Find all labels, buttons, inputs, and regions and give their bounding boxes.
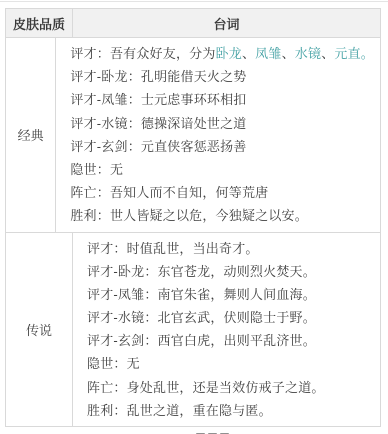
header-quotes: 台词 <box>73 9 380 37</box>
quote-line: 评才-卧龙：东官苍龙，动则烈火焚天。 <box>87 260 374 283</box>
quote-text: 评才-水镜：德操深谙处世之道 <box>70 116 246 131</box>
table-row: 经典 评才：吾有众好友，分为卧龙、凤雏、水镜、元直。评才-卧龙：孔明能借天火之势… <box>6 38 380 233</box>
quote-text: 、 <box>242 46 255 61</box>
table-header-row: 皮肤品质 台词 <box>6 9 380 38</box>
quote-line: 评才：时值乱世，当出奇才。 <box>87 237 374 260</box>
quote-text: 评才-卧龙：孔明能借天火之势 <box>70 69 246 84</box>
quote-text: 评才-卧龙：东官苍龙，动则烈火焚天。 <box>87 264 316 279</box>
hero-link[interactable]: 水镜 <box>295 46 321 61</box>
quote-line: 阵亡：身处乱世，还是当效仿戒子之道。 <box>87 376 374 399</box>
quote-line: 胜利：世人皆疑之以危，今独疑之以安。 <box>70 204 374 227</box>
header-skin-quality: 皮肤品质 <box>6 9 73 37</box>
quote-text: 评才-凤雏：士元虑事环环相扣 <box>70 92 246 107</box>
table-row: 传说 评才：时值乱世，当出奇才。评才-卧龙：东官苍龙，动则烈火焚天。评才-凤雏：… <box>6 233 380 427</box>
quote-text: 阵亡：身处乱世，还是当效仿戒子之道。 <box>87 380 325 395</box>
quote-text: 评才-水镜：北官玄武，伏则隐士于野。 <box>87 310 316 325</box>
quote-line: 评才-玄剑：元直侠客惩恶扬善 <box>70 135 374 158</box>
hero-link[interactable]: 。 <box>361 46 374 61</box>
quote-line: 隐世：无 <box>87 352 374 375</box>
quote-line: 评才-凤雏：士元虑事环环相扣 <box>70 88 374 111</box>
quote-text: 、 <box>282 46 295 61</box>
quote-line: 评才-凤雏：南官朱雀，舞则人间血海。 <box>87 283 374 306</box>
quote-text: 评才-玄剑：西官白虎，出则平乱济世。 <box>87 333 316 348</box>
quote-text: 阵亡：吾知人而不自知，何等荒唐 <box>70 185 268 200</box>
quote-text: 评才-凤雏：南官朱雀，舞则人间血海。 <box>87 287 316 302</box>
hero-link[interactable]: 元直 <box>334 46 360 61</box>
top-divider <box>0 1 388 2</box>
quality-label: 经典 <box>6 38 56 232</box>
quote-line: 评才-水镜：北官玄武，伏则隐士于野。 <box>87 306 374 329</box>
quote-text: 隐世：无 <box>87 356 140 371</box>
quote-lines: 评才：吾有众好友，分为卧龙、凤雏、水镜、元直。评才-卧龙：孔明能借天火之势评才-… <box>56 38 380 232</box>
cropped-text-fragment <box>196 429 242 434</box>
hero-link[interactable]: 卧龙 <box>216 46 242 61</box>
quote-line: 阵亡：吾知人而不自知，何等荒唐 <box>70 181 374 204</box>
quote-text: 隐世：无 <box>70 162 123 177</box>
quote-text: 胜利：乱世之道，重在隐与匿。 <box>87 403 272 418</box>
quote-text: 评才：时值乱世，当出奇才。 <box>87 241 259 256</box>
table-body: 经典 评才：吾有众好友，分为卧龙、凤雏、水镜、元直。评才-卧龙：孔明能借天火之势… <box>6 38 380 426</box>
quote-text: 评才：吾有众好友，分为 <box>70 46 215 61</box>
quote-lines: 评才：时值乱世，当出奇才。评才-卧龙：东官苍龙，动则烈火焚天。评才-凤雏：南官朱… <box>73 233 380 427</box>
quote-line: 评才-卧龙：孔明能借天火之势 <box>70 65 374 88</box>
quote-text: 、 <box>321 46 334 61</box>
quote-line: 评才：吾有众好友，分为卧龙、凤雏、水镜、元直。 <box>70 42 374 65</box>
quality-label: 传说 <box>6 233 73 427</box>
quote-line: 胜利：乱世之道，重在隐与匿。 <box>87 399 374 422</box>
quote-text: 评才-玄剑：元直侠客惩恶扬善 <box>70 139 246 154</box>
quote-line: 评才-水镜：德操深谙处世之道 <box>70 112 374 135</box>
skin-quotes-table: 皮肤品质 台词 经典 评才：吾有众好友，分为卧龙、凤雏、水镜、元直。评才-卧龙：… <box>5 8 381 427</box>
quote-line: 隐世：无 <box>70 158 374 181</box>
hero-link[interactable]: 凤雏 <box>255 46 281 61</box>
quote-line: 评才-玄剑：西官白虎，出则平乱济世。 <box>87 329 374 352</box>
page: 皮肤品质 台词 经典 评才：吾有众好友，分为卧龙、凤雏、水镜、元直。评才-卧龙：… <box>0 0 388 434</box>
quote-text: 胜利：世人皆疑之以危，今独疑之以安。 <box>70 208 308 223</box>
